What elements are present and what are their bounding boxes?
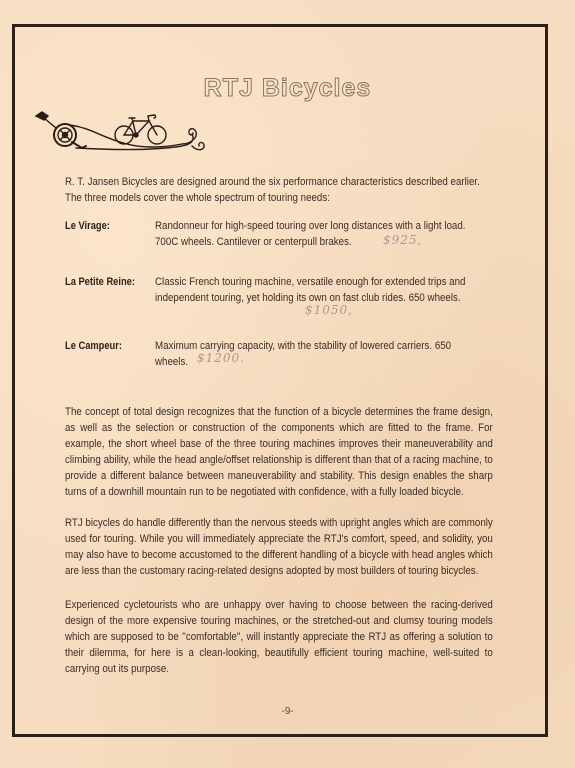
handwritten-price: $1050,	[305, 303, 353, 317]
page-title: RTJ Bicycles	[0, 74, 575, 103]
model-name: Le Virage:	[65, 218, 110, 234]
model-description: Randonneur for high-speed touring over l…	[155, 218, 497, 250]
body-paragraph-total-design: The concept of total design recognizes t…	[65, 404, 493, 500]
model-name: Le Campeur:	[65, 338, 122, 354]
body-paragraph-handling: RTJ bicycles do handle differently than …	[65, 515, 493, 579]
body-paragraph-cycletourists: Experienced cycletourists who are unhapp…	[65, 597, 493, 677]
bicycle-ornament-icon	[32, 108, 212, 158]
handwritten-price: $1200.	[197, 351, 245, 365]
intro-paragraph: R. T. Jansen Bicycles are designed aroun…	[65, 174, 493, 206]
model-description: Classic French touring machine, versatil…	[155, 274, 497, 306]
handwritten-price: $925,	[383, 233, 422, 247]
page-number: -9-	[0, 706, 575, 717]
model-name: La Petite Reine:	[65, 274, 135, 290]
